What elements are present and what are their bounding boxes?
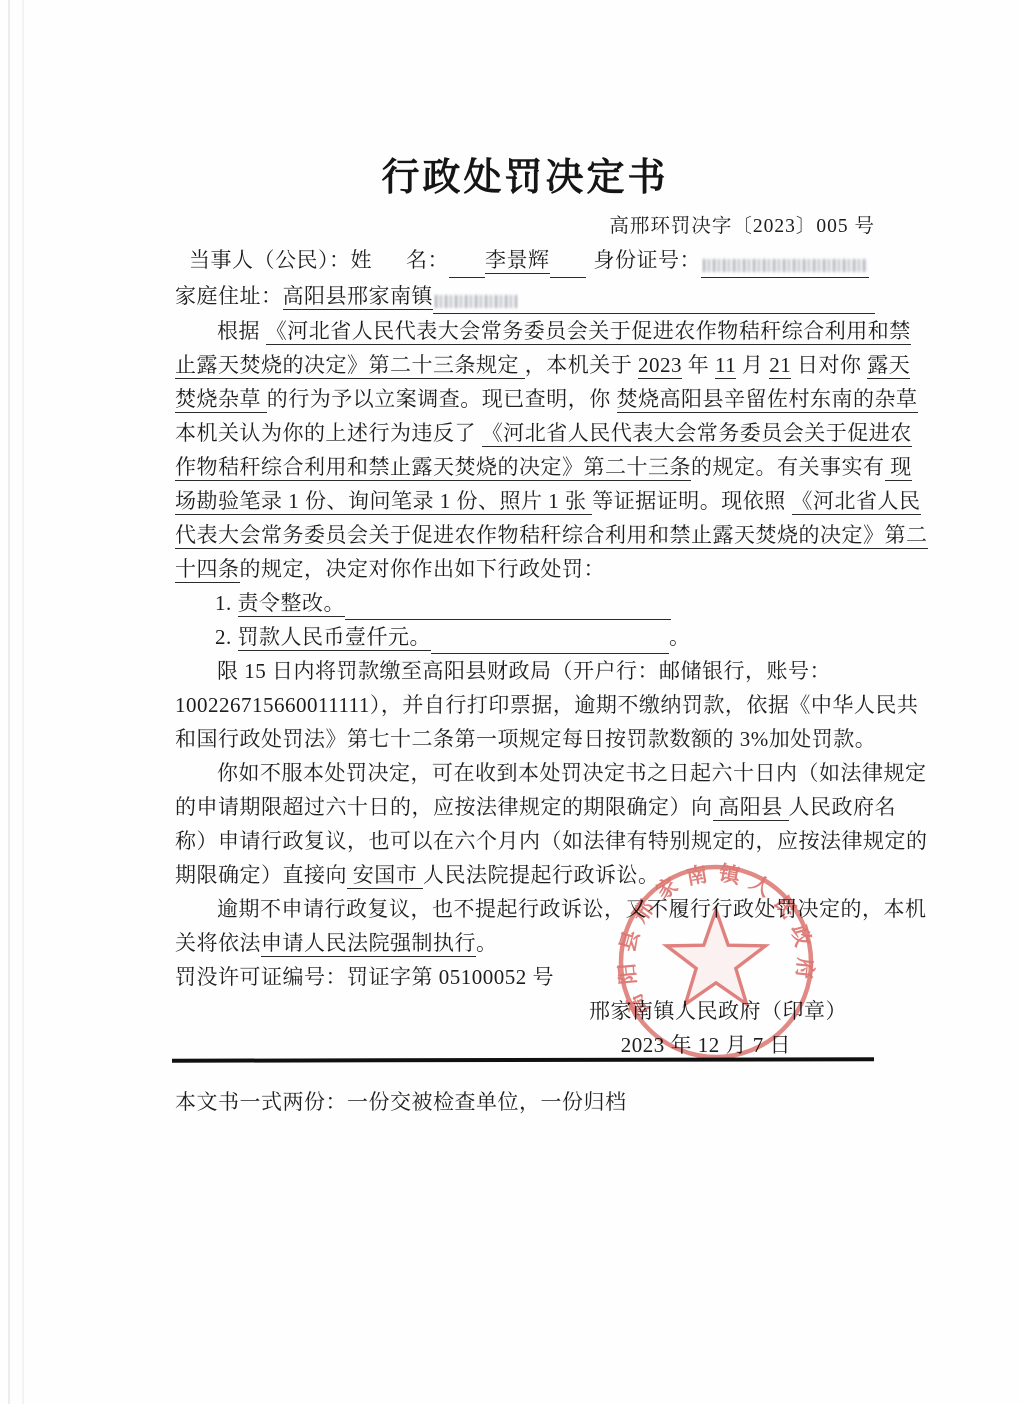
body-line: 作物秸秆综合利用和禁止露天焚烧的决定》第二十三条的规定。有关事实有 现 — [175, 451, 875, 485]
penalty-license-number-line: 罚没许可证编号：罚证字第 05100052 号 — [175, 961, 875, 995]
text-run: 人民政府名 — [789, 795, 897, 819]
text-run: 和国行政处罚法》第七十二条第一项规定每日按罚款数额的 3%加处罚款。 — [175, 727, 876, 751]
document-body: 行政处罚决定书 高邢环罚决字〔2023〕005 号 当事人（公民）：姓名：李景辉… — [175, 146, 875, 1063]
document-number: 高邢环罚决字〔2023〕005 号 — [175, 211, 875, 243]
body-line: 十四条的规定，决定对你作出如下行政处罚： — [175, 553, 875, 587]
body-line: 限 15 日内将罚款缴至高阳县财政局（开户行：邮储银行，账号： — [175, 655, 875, 689]
text-run: 逾期不申请行政复议，也不提起行政诉讼，又不履行行政处罚决定的，本机 — [217, 897, 927, 921]
underlined-text: 《河北省人民代表大会常务委员会关于促进农 — [482, 421, 912, 447]
spacer — [586, 266, 594, 267]
body-line: 称）申请行政复议，也可以在六个月内（如法律有特别规定的，应按法律规定的 — [175, 825, 875, 859]
text-run: 等证据证明。现依照 — [592, 489, 791, 513]
text-run: 日对你 — [791, 353, 867, 377]
body-line: 逾期不申请行政复议，也不提起行政诉讼，又不履行行政处罚决定的，本机 — [175, 893, 875, 927]
text-run: 你如不服本处罚决定，可在收到本处罚决定书之日起六十日内（如法律规定 — [217, 761, 927, 785]
blank-underline — [449, 251, 485, 278]
text-run: 名： — [406, 248, 449, 272]
party-address-line: 家庭住址：高阳县邢家南镇 — [175, 279, 875, 315]
body-line: 焚烧杂草 的行为予以立案调查。现已查明，你 焚烧高阳县辛留佐村东南的杂草 — [175, 383, 875, 417]
body-line: 代表大会常务委员会关于促进农作物秸秆综合利用和禁止露天焚烧的决定》第二 — [175, 519, 875, 553]
blank-underline — [345, 593, 671, 620]
underlined-text: 十四条 — [175, 557, 240, 583]
body-line: 和国行政处罚法》第七十二条第一项规定每日按罚款数额的 3%加处罚款。 — [175, 723, 875, 757]
underlined-text: 作物秸秆综合利用和禁止露天焚烧的决定》第二十三条 — [175, 455, 691, 481]
redacted-text — [433, 287, 519, 314]
scanned-document-page: 行政处罚决定书 高邢环罚决字〔2023〕005 号 当事人（公民）：姓名：李景辉… — [0, 0, 1021, 1404]
text-run: 身份证号： — [594, 248, 702, 272]
text-run: 的规定，决定对你作出如下行政处罚： — [240, 557, 606, 581]
distribution-note: 本文书一式两份：一份交被检查单位，一份归档 — [175, 1086, 627, 1116]
underlined-text: 安国市 — [347, 863, 423, 889]
body-line: 场勘验笔录 1 份、询问笔录 1 份、照片 1 张 等证据证明。现依照 《河北省… — [175, 485, 875, 519]
body-line: 的申请期限超过六十日的，应按法律规定的期限确定）向 高阳县 人民政府名 — [175, 791, 875, 825]
text-run: 关将依法 — [175, 931, 261, 955]
page-title: 行政处罚决定书 — [175, 146, 875, 201]
text-run: 的规定。有关事实有 — [691, 455, 885, 479]
underlined-text: 责令整改。 — [238, 591, 346, 617]
text-run: 罚没许可证编号：罚证字第 05100052 号 — [175, 965, 554, 989]
body-line: 期限确定）直接向 安国市 人民法院提起行政诉讼。 — [175, 859, 875, 893]
underlined-text: 代表大会常务委员会关于促进农作物秸秆综合利用和禁止露天焚烧的决定》第二 — [175, 523, 928, 549]
underlined-text: 现 — [885, 455, 912, 481]
text-run: 2. — [215, 625, 238, 649]
text-run: 称）申请行政复议，也可以在六个月内（如法律有特别规定的，应按法律规定的 — [175, 829, 928, 853]
text-run: ，本机关于 — [525, 353, 638, 377]
body-line: 100226715660011111），并自行打印票据，逾期不缴纳罚款，依据《中… — [175, 689, 875, 723]
body-line: 关将依法申请人民法院强制执行。 — [175, 927, 875, 961]
underlined-text: 高阳县 — [713, 795, 789, 821]
text-run: 。 — [476, 931, 498, 955]
text-run: 限 15 日内将罚款缴至高阳县财政局（开户行：邮储银行，账号： — [217, 659, 831, 683]
underlined-text: 2023 — [638, 353, 682, 379]
text-run: 当事人（公民）：姓 — [189, 248, 372, 272]
underlined-text: 焚烧高阳县辛留佐村东南的杂草 — [617, 387, 918, 413]
scan-edge-artifact — [8, 0, 10, 1404]
underlined-text: 李景辉 — [485, 248, 550, 274]
underlined-text: 罚款人民币壹仟元。 — [238, 625, 432, 651]
penalty-item-2: 2. 罚款人民币壹仟元。。 — [175, 621, 875, 655]
party-name-id-line: 当事人（公民）：姓名：李景辉身份证号： — [175, 243, 875, 279]
penalty-item-1: 1. 责令整改。 — [175, 587, 875, 621]
blank-underline — [550, 251, 586, 278]
spacer — [372, 266, 406, 267]
text-run: 本机关认为你的上述行为违反了 — [175, 421, 482, 445]
underlined-text: 申请人民法院强制执行 — [261, 931, 476, 957]
issuing-authority: 邢家南镇人民政府（印章） — [175, 995, 875, 1029]
text-run: 的申请期限超过六十日的，应按法律规定的期限确定）向 — [175, 795, 713, 819]
text-run: 家庭住址： — [175, 284, 283, 308]
text-run: 100226715660011111），并自行打印票据，逾期不缴纳罚款，依据《中… — [175, 693, 918, 717]
underlined-text: 高阳县邢家南镇 — [283, 284, 434, 310]
body-line: 止露天焚烧的决定》第二十三条规定 ，本机关于 2023 年 11 月 21 日对… — [175, 349, 875, 383]
redacted-text — [701, 251, 869, 278]
text-run: 人民法院提起行政诉讼。 — [423, 863, 660, 887]
scan-edge-artifact — [22, 0, 24, 1404]
text-run: 。 — [669, 625, 691, 649]
body-line: 根据 《河北省人民代表大会常务委员会关于促进农作物秸秆综合利用和禁 — [175, 315, 875, 349]
blank-underline — [431, 627, 669, 654]
underlined-text: 21 — [769, 353, 791, 379]
text-run: 1. — [215, 591, 238, 615]
text-run: 的行为予以立案调查。现已查明，你 — [267, 387, 617, 411]
text-run: 月 — [736, 353, 769, 377]
body-line: 本机关认为你的上述行为违反了 《河北省人民代表大会常务委员会关于促进农 — [175, 417, 875, 451]
underlined-text: 露天 — [867, 353, 910, 379]
underlined-text: 焚烧杂草 — [175, 387, 267, 413]
text-run: 年 — [682, 353, 715, 377]
underlined-text: 《河北省人民代表大会常务委员会关于促进农作物秸秆综合利用和禁 — [266, 319, 911, 345]
text-run: 期限确定）直接向 — [175, 863, 347, 887]
underlined-text: 场勘验笔录 1 份、询问笔录 1 份、照片 1 张 — [175, 489, 592, 515]
text-run: 根据 — [217, 319, 266, 343]
underlined-text: 11 — [715, 353, 736, 379]
underlined-text: 止露天焚烧的决定》第二十三条规定 — [175, 353, 525, 379]
body-line: 你如不服本处罚决定，可在收到本处罚决定书之日起六十日内（如法律规定 — [175, 757, 875, 791]
blank-underline — [519, 287, 875, 314]
underlined-text: 《河北省人民 — [792, 489, 921, 515]
